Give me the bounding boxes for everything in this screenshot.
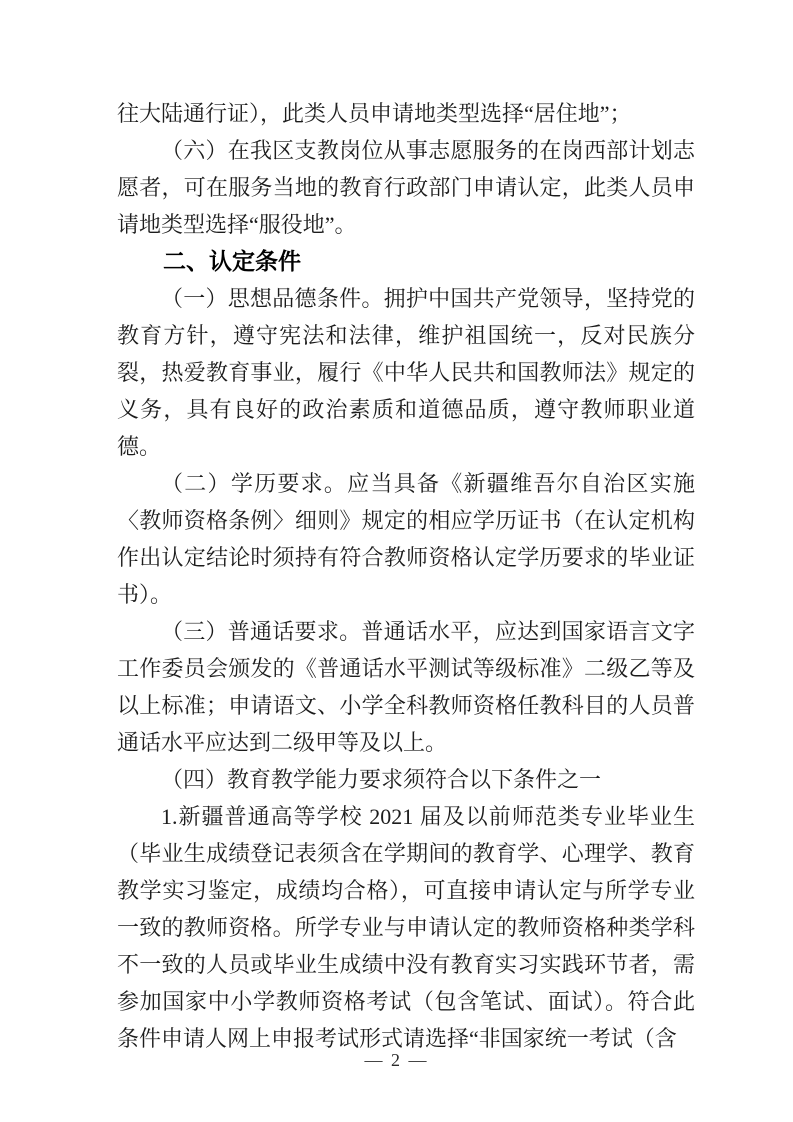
paragraph-condition-four: （四）教育教学能力要求须符合以下条件之一	[117, 761, 695, 798]
paragraph-item-1: 1.新疆普通高等学校 2021 届及以前师范类专业毕业生（毕业生成绩登记表须含在…	[117, 798, 695, 1057]
paragraph-continuation: 往大陆通行证），此类人员申请地类型选择“居住地”；	[117, 95, 695, 132]
section-heading: 二、认定条件	[117, 243, 695, 280]
page-number: — 2 —	[0, 1046, 793, 1074]
paragraph-condition-one: （一）思想品德条件。拥护中国共产党领导，坚持党的教育方针，遵守宪法和法律，维护祖…	[117, 280, 695, 465]
document-page: 往大陆通行证），此类人员申请地类型选择“居住地”； （六）在我区支教岗位从事志愿…	[0, 0, 793, 1122]
paragraph-item-six: （六）在我区支教岗位从事志愿服务的在岗西部计划志愿者，可在服务当地的教育行政部门…	[117, 132, 695, 243]
document-body: 往大陆通行证），此类人员申请地类型选择“居住地”； （六）在我区支教岗位从事志愿…	[117, 95, 695, 1057]
paragraph-condition-two: （二）学历要求。应当具备《新疆维吾尔自治区实施〈教师资格条例〉细则》规定的相应学…	[117, 465, 695, 613]
paragraph-condition-three: （三）普通话要求。普通话水平，应达到国家语言文字工作委员会颁发的《普通话水平测试…	[117, 613, 695, 761]
